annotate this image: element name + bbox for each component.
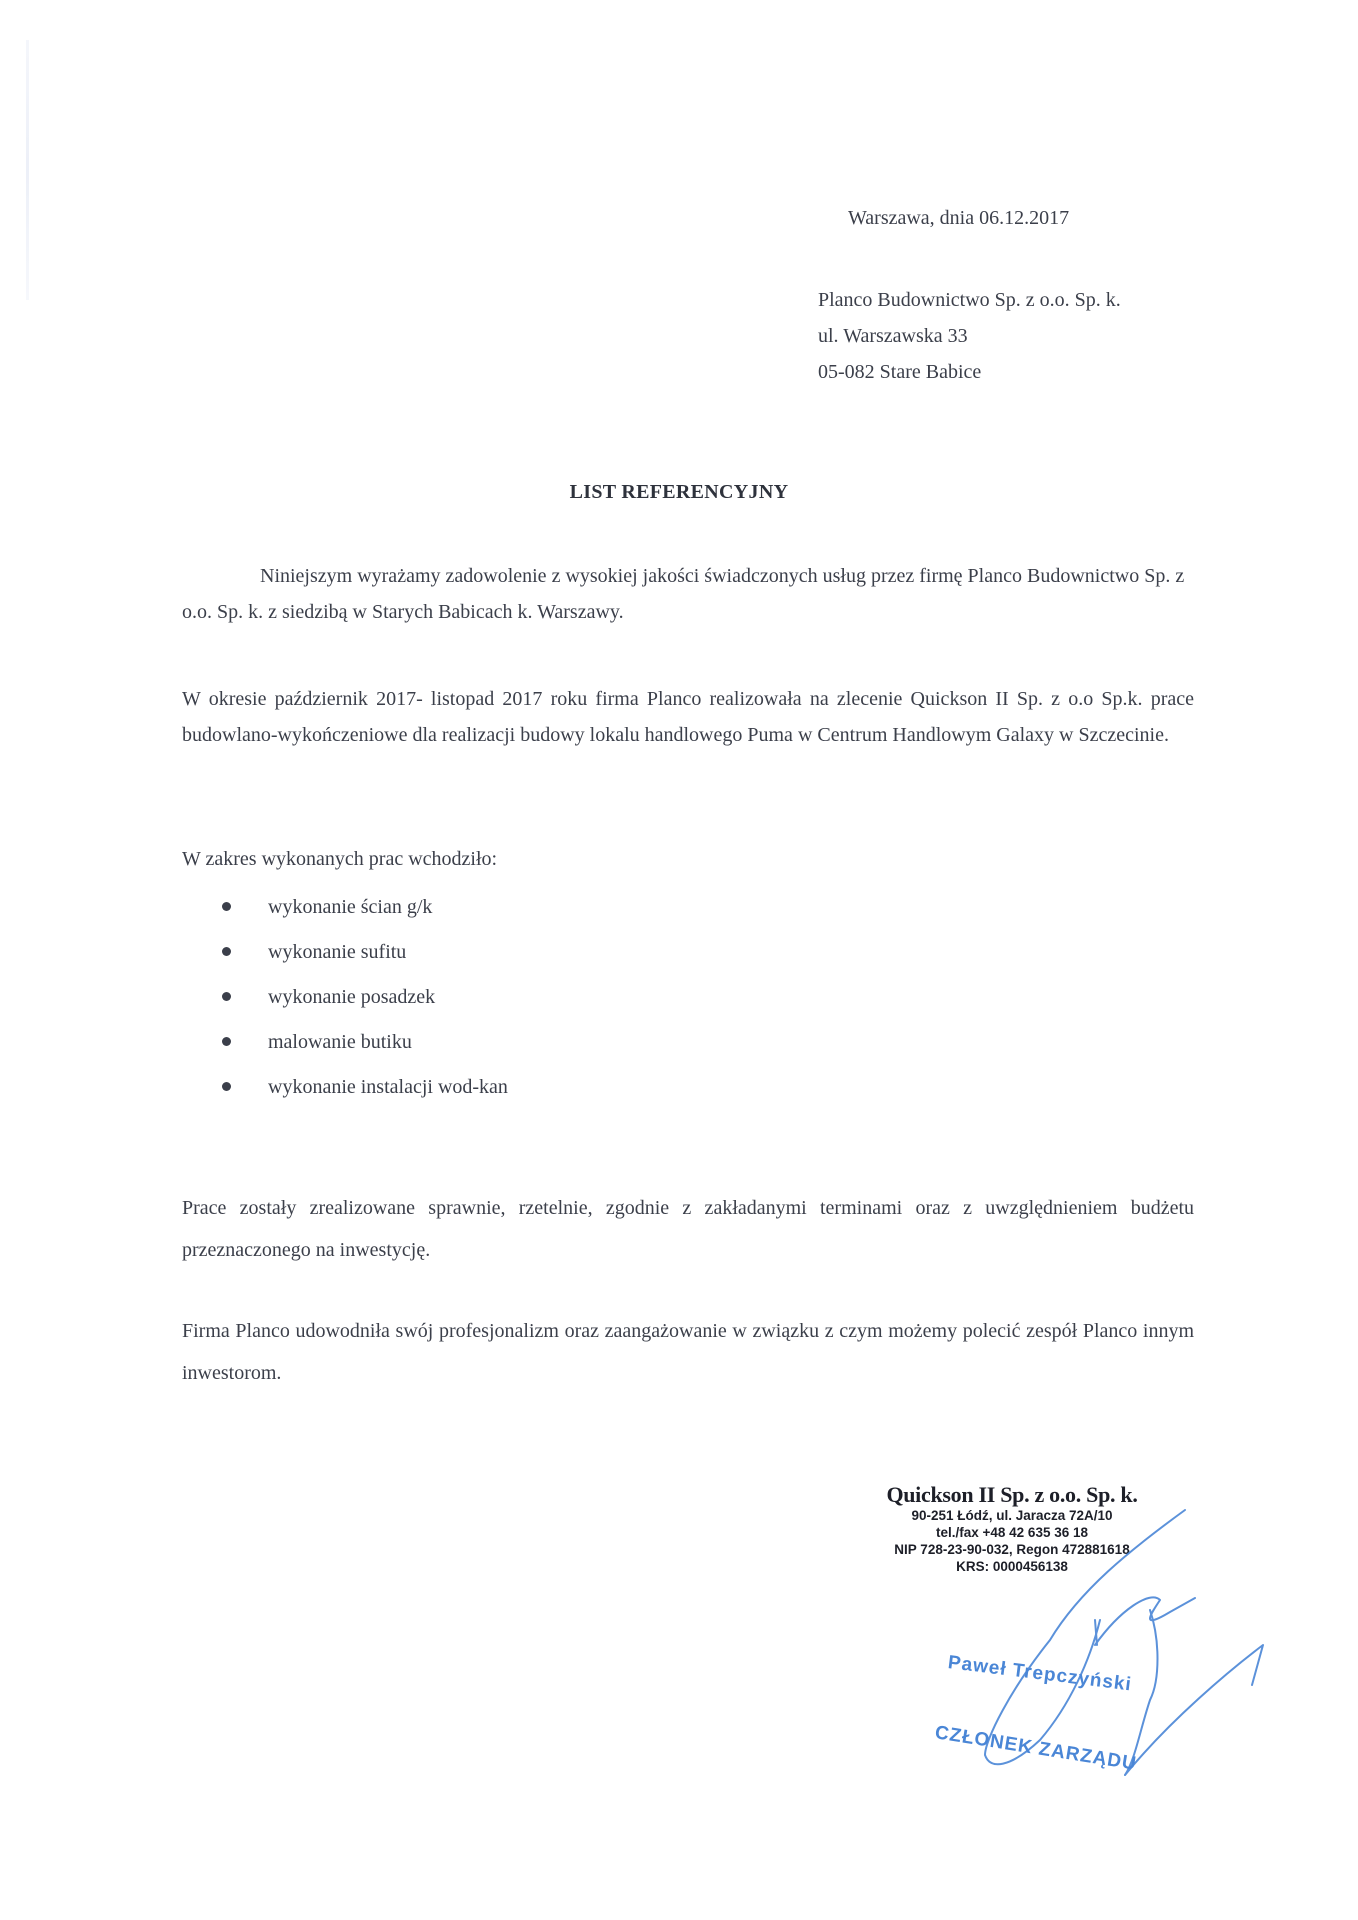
list-item: wykonanie instalacji wod-kan (222, 1064, 508, 1109)
stamp-company-name: Quickson II Sp. z o.o. Sp. k. (862, 1483, 1162, 1507)
list-item-text: wykonanie ścian g/k (268, 889, 432, 925)
bullet-icon (222, 902, 231, 911)
bullet-icon (222, 947, 231, 956)
signatory-role: CZŁONEK ZARZĄDU (933, 1722, 1138, 1776)
paragraph-recommendation: Firma Planco udowodniła swój profesjonal… (182, 1310, 1194, 1394)
list-item: wykonanie posadzek (222, 974, 508, 1019)
signatory-name: Paweł Trepczyński (947, 1652, 1133, 1696)
paragraph-intro: Niniejszym wyrażamy zadowolenie z wysoki… (182, 558, 1192, 630)
paragraph-scope-intro: W zakres wykonanych prac wchodziło: (182, 841, 497, 877)
list-item-text: malowanie butiku (268, 1024, 412, 1060)
scan-edge-artifact (26, 40, 29, 300)
recipient-address: Planco Budownictwo Sp. z o.o. Sp. k. ul.… (818, 282, 1121, 390)
list-item: malowanie butiku (222, 1019, 508, 1064)
list-item-text: wykonanie sufitu (268, 934, 406, 970)
scope-list: wykonanie ścian g/k wykonanie sufitu wyk… (222, 884, 508, 1109)
stamp-krs: KRS: 0000456138 (862, 1558, 1162, 1575)
paragraph-quality: Prace zostały zrealizowane sprawnie, rze… (182, 1187, 1194, 1271)
handwritten-signature-icon (0, 0, 1358, 1920)
recipient-name: Planco Budownictwo Sp. z o.o. Sp. k. (818, 282, 1121, 318)
company-stamp: Quickson II Sp. z o.o. Sp. k. 90-251 Łód… (862, 1483, 1162, 1575)
list-item: wykonanie sufitu (222, 929, 508, 974)
recipient-city: 05-082 Stare Babice (818, 354, 1121, 390)
stamp-phone: tel./fax +48 42 635 36 18 (862, 1524, 1162, 1541)
recipient-street: ul. Warszawska 33 (818, 318, 1121, 354)
list-item: wykonanie ścian g/k (222, 884, 508, 929)
bullet-icon (222, 992, 231, 1001)
bullet-icon (222, 1082, 231, 1091)
list-item-text: wykonanie instalacji wod-kan (268, 1069, 508, 1105)
stamp-ids: NIP 728-23-90-032, Regon 472881618 (862, 1541, 1162, 1558)
letter-title: LIST REFERENCYJNY (0, 481, 1358, 504)
paragraph-period: W okresie październik 2017- listopad 201… (182, 681, 1194, 753)
stamp-address: 90-251 Łódź, ul. Jaracza 72A/10 (862, 1507, 1162, 1524)
list-item-text: wykonanie posadzek (268, 979, 435, 1015)
bullet-icon (222, 1037, 231, 1046)
place-and-date: Warszawa, dnia 06.12.2017 (848, 200, 1069, 236)
